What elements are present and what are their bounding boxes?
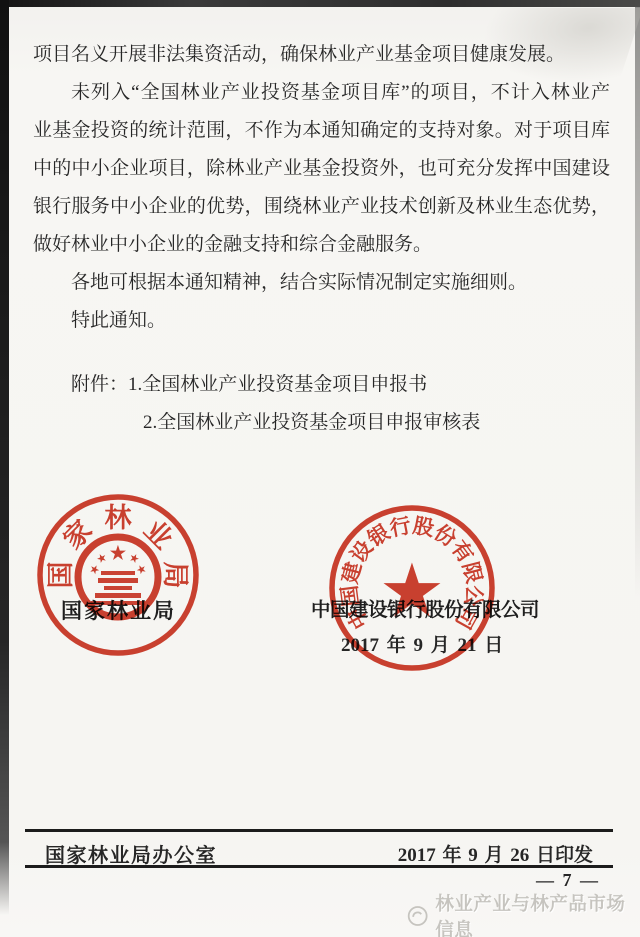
seal-arc-char: 国: [337, 584, 364, 608]
watermark: 林业产业与林产品市场信息: [406, 890, 640, 937]
seal-arc-char: 司: [451, 603, 482, 633]
star-icon: ★: [96, 552, 109, 566]
page-number: — 7 —: [536, 870, 600, 891]
seal-arc-char: 国: [46, 562, 76, 589]
seal-left-graphic: 国家林业局 ★ ★ ★ ★ ★: [34, 491, 202, 659]
scan-edge-right: [635, 0, 640, 600]
seal-arc-char: 林: [105, 503, 133, 533]
emblem-gate-bar: [91, 601, 145, 605]
body-line: 各地可根据本通知精神，结合实际情况制定实施细则。: [33, 264, 610, 302]
star-icon: ★: [382, 556, 441, 629]
footer-rule-top: [25, 829, 613, 832]
attachment-line-2: 2.全国林业产业投资基金项目申报审核表: [33, 404, 610, 442]
document-page: 项目名义开展非法集资活动，确保林业产业基金项目健康发展。 未列入“全国林业产业投…: [0, 0, 640, 937]
watermark-text: 林业产业与林产品市场信息: [435, 890, 640, 937]
body-line: 项目名义开展非法集资活动，确保林业产业基金项目健康发展。: [33, 36, 610, 74]
scan-edge-top: [0, 0, 640, 7]
footer-print-date: 2017 年 9 月 26 日印发: [398, 840, 593, 867]
emblem-gate-bar: [98, 578, 138, 583]
emblem-gate-bar: [95, 593, 141, 598]
attachment-line-1: 附件：1.全国林业产业投资基金项目申报书: [33, 366, 610, 404]
body-line: 未列入“全国林业产业投资基金项目库”的项目，不计入林业产: [33, 74, 610, 112]
emblem-gate-bar: [101, 571, 135, 575]
footer-rule-bottom: [25, 865, 613, 868]
scan-edge-left: [0, 0, 9, 915]
body-line: 业基金投资的统计范围，不作为本通知确定的支持对象。对于项目库: [33, 112, 610, 150]
emblem-gate-bar: [104, 586, 132, 590]
body-line: 中的中小企业项目，除林业产业基金投资外，也可充分发挥中国建设: [33, 150, 610, 188]
star-icon: ★: [128, 552, 141, 566]
seal-arc-char: 行: [388, 513, 413, 541]
star-icon: ★: [110, 543, 127, 563]
seal-arc-char: 局: [160, 562, 190, 589]
national-emblem-icon: ★ ★ ★ ★ ★: [78, 537, 158, 617]
watermark-logo-icon: [406, 903, 429, 929]
footer-issuing-office: 国家林业局办公室: [45, 839, 217, 868]
document-body: 项目名义开展非法集资活动，确保林业产业基金项目健康发展。 未列入“全国林业产业投…: [33, 36, 610, 442]
seal-construction-bank: 中国建设银行股份有限公司 ★: [326, 502, 498, 679]
seal-arc-char: 限: [458, 560, 486, 586]
body-line: 特此通知。: [33, 302, 610, 340]
seal-right-graphic: 中国建设银行股份有限公司 ★: [326, 502, 498, 674]
body-line: 做好林业中小企业的金融支持和综合金融服务。: [33, 226, 610, 264]
seal-forestry-administration: 国家林业局 ★ ★ ★ ★ ★: [34, 491, 202, 664]
body-line: 银行服务中小企业的优势，围绕林业产业技术创新及林业生态优势，: [33, 188, 610, 226]
